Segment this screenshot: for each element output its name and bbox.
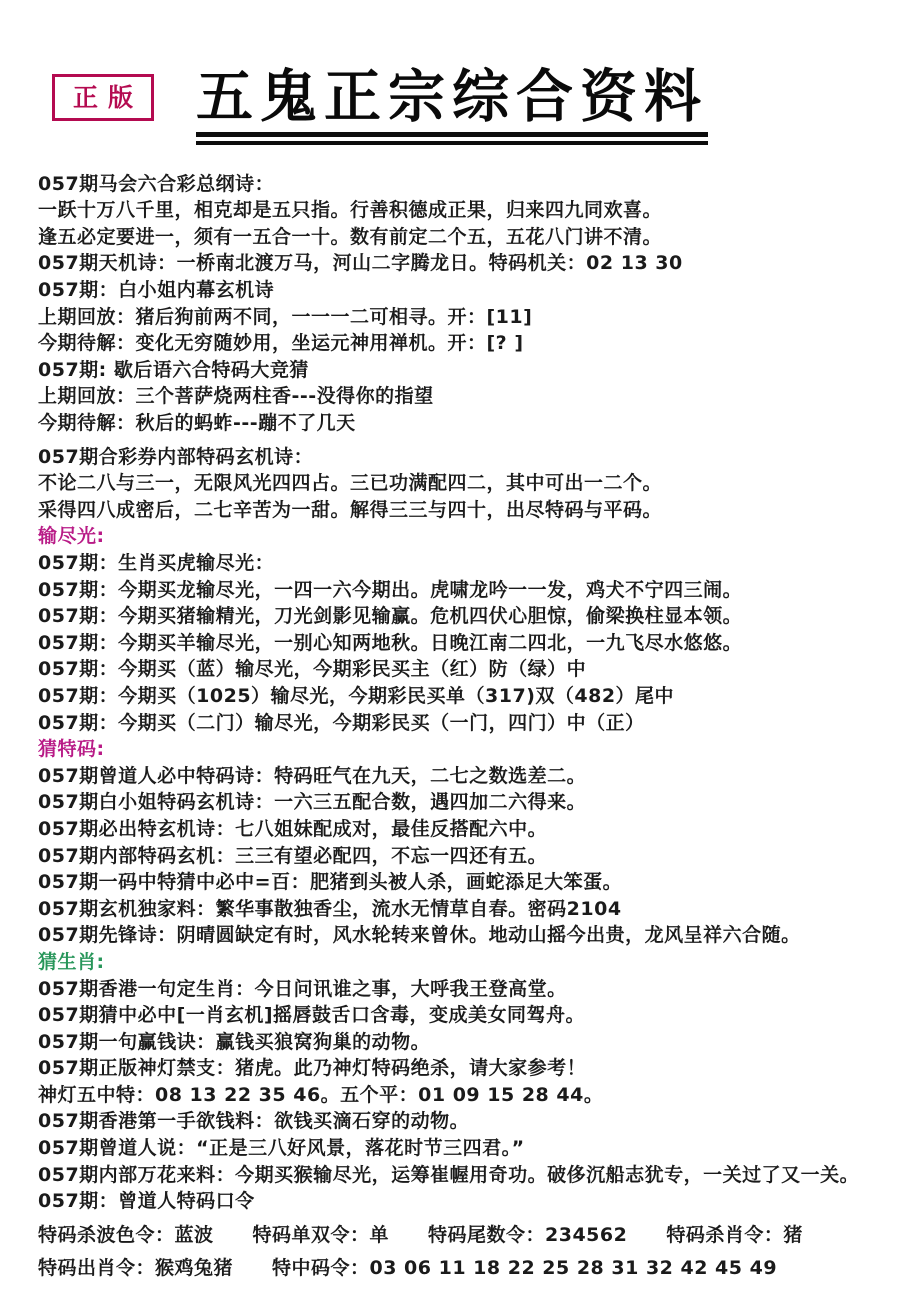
text-line: 057期玄机独家料：繁华事散独香尘，流水无情草自春。密码2104 — [38, 896, 880, 923]
title-underline-bottom — [196, 141, 708, 145]
text-line: 057期：今期买（蓝）输尽光，今期彩民买主（红）防（绿）中 — [38, 656, 880, 683]
text-line: 057期：今期买（二门）输尽光，今期彩民买（一门，四门）中（正） — [38, 710, 880, 737]
text-line: 057期：今期买（1025）输尽光，今期彩民买单（317)双（482）尾中 — [38, 683, 880, 710]
text-line: 057期内部万花来料：今期买猴输尽光，运筹崔幄用奇功。破侈沉船志犹专，一关过了又… — [38, 1162, 880, 1189]
text-line: 不论二八与三一，无限风光四四占。三已功满配四二，其中可出一二个。 — [38, 470, 880, 497]
text-line: 057期白小姐特码玄机诗：一六三五配合数，遇四加二六得来。 — [38, 789, 880, 816]
text-line: 057期: 歇后语六合特码大竞猜 — [38, 357, 880, 384]
text-line: 一跃十万八千里，相克却是五只指。行善积德成正果，归来四九同欢喜。 — [38, 197, 880, 224]
text-line: 057期天机诗：一桥南北渡万马，河山二字腾龙日。特码机关：02 13 30 — [38, 250, 880, 277]
content-lines: 057期马会六合彩总纲诗：一跃十万八千里，相克却是五只指。行善积德成正果，归来四… — [0, 145, 900, 1282]
text-line: 采得四八成密后，二七辛苦为一甜。解得三三与四十，出尽特码与平码。 — [38, 497, 880, 524]
genuine-badge: 正版 — [52, 74, 154, 121]
text-line: 057期：今期买龙输尽光，一四一六今期出。虎啸龙吟一一发，鸡犬不宁四三闹。 — [38, 577, 880, 604]
text-line: 057期先锋诗：阴晴圆缺定有时，风水轮转来曾休。地动山摇今出贵，龙风呈祥六合随。 — [38, 922, 880, 949]
text-line: 057期一码中特猜中必中=百：肥猪到头被人杀，画蛇添足大笨蛋。 — [38, 869, 880, 896]
text-line: 057期马会六合彩总纲诗： — [38, 171, 880, 198]
text-line: 特码杀波色令：蓝波 特码单双令：单 特码尾数令：234562 特码杀肖令：猪 — [38, 1222, 880, 1249]
text-line: 057期一句赢钱诀：赢钱买狼窝狗巢的动物。 — [38, 1029, 880, 1056]
text-line: 上期回放：三个菩萨烧两柱香---没得你的指望 — [38, 383, 880, 410]
text-line: 输尽光: — [38, 523, 880, 550]
text-line: 057期：今期买猪输精光，刀光剑影见输赢。危机四伏心胆惊，偷梁换柱显本领。 — [38, 603, 880, 630]
page-title: 五鬼正宗综合资料 — [196, 66, 708, 145]
text-line: 057期曾道人说：“正是三八好风景，落花时节三四君。” — [38, 1135, 880, 1162]
text-line: 逢五必定要进一，须有一五合一十。数有前定二个五，五花八门讲不清。 — [38, 224, 880, 251]
text-line: 今期待解：秋后的蚂蚱---蹦不了几天 — [38, 410, 880, 437]
text-line: 057期必出特玄机诗：七八姐妹配成对，最佳反搭配六中。 — [38, 816, 880, 843]
text-line: 057期内部特码玄机：三三有望必配四，不忘一四还有五。 — [38, 843, 880, 870]
text-line: 057期：今期买羊输尽光，一别心知两地秋。日晚江南二四北，一九飞尽水悠悠。 — [38, 630, 880, 657]
text-line: 057期正版神灯禁支：猪虎。此乃神灯特码绝杀，请大家参考！ — [38, 1055, 880, 1082]
text-line: 057期：曾道人特码口令 — [38, 1188, 880, 1215]
text-line: 特码出肖令：猴鸡兔猪 特中码令：03 06 11 18 22 25 28 31 … — [38, 1255, 880, 1282]
text-line: 057期曾道人必中特码诗：特码旺气在九天，二七之数选差二。 — [38, 763, 880, 790]
text-line: 057期合彩券内部特码玄机诗： — [38, 444, 880, 471]
page: 正版 五鬼正宗综合资料 057期马会六合彩总纲诗：一跃十万八千里，相克却是五只指… — [0, 0, 900, 1301]
text-line: 057期：白小姐内幕玄机诗 — [38, 277, 880, 304]
text-line: 猜特码: — [38, 736, 880, 763]
page-title-text: 五鬼正宗综合资料 — [196, 66, 708, 129]
text-line: 057期猜中必中[一肖玄机]摇唇鼓舌口含毒，变成美女同驾舟。 — [38, 1002, 880, 1029]
text-line: 今期待解：变化无穷随妙用，坐运元神用禅机。开：[? ] — [38, 330, 880, 357]
text-line: 神灯五中特：08 13 22 35 46。五个平：01 09 15 28 44。 — [38, 1082, 880, 1109]
text-line: 057期香港第一手欲钱料：欲钱买滴石穿的动物。 — [38, 1108, 880, 1135]
text-line: 上期回放：猪后狗前两不同，一一一二可相寻。开：[11] — [38, 304, 880, 331]
page-header: 正版 五鬼正宗综合资料 — [0, 0, 900, 145]
text-line: 057期：生肖买虎输尽光： — [38, 550, 880, 577]
text-line: 057期香港一句定生肖：今日问讯谁之事，大呼我王登高堂。 — [38, 976, 880, 1003]
text-line: 猜生肖: — [38, 949, 880, 976]
title-underline-top — [196, 132, 708, 137]
